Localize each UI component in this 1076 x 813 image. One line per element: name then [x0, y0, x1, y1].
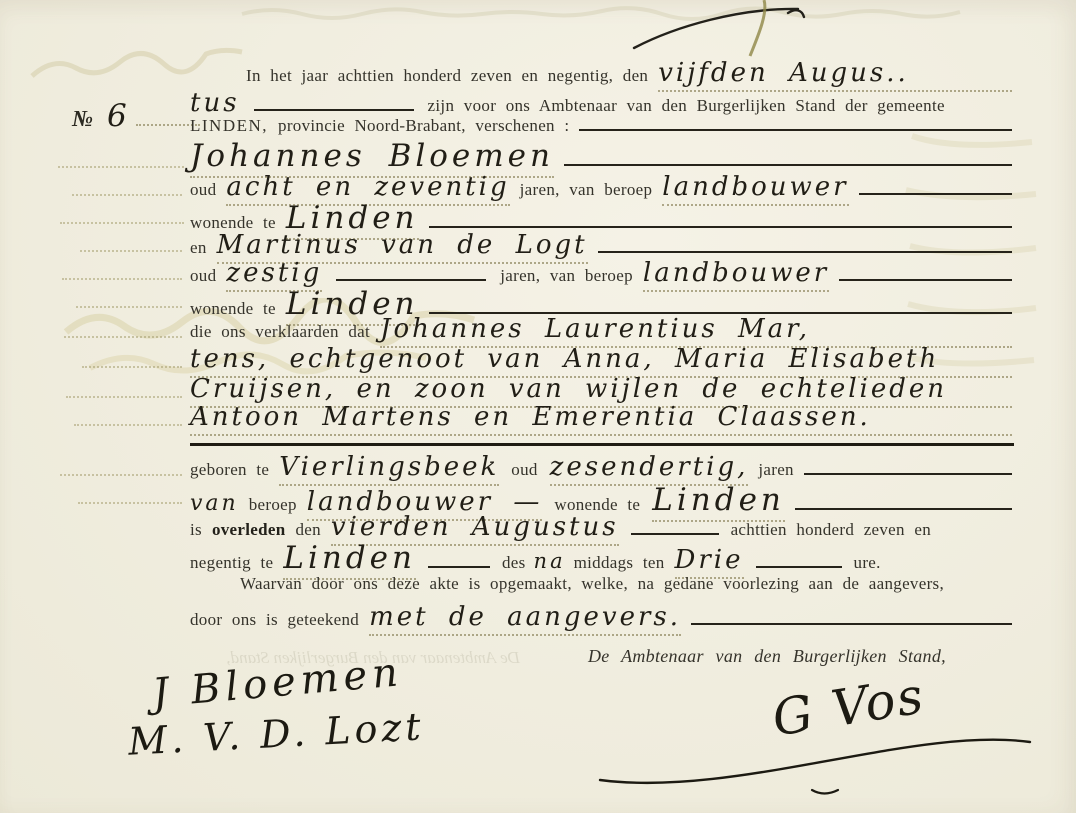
- blank-fill-line: [756, 566, 842, 568]
- death-hour-handwritten: Drie: [675, 545, 744, 575]
- des-label: des: [502, 553, 526, 573]
- oud-label: oud: [511, 460, 537, 480]
- blank-fill-line: [598, 251, 1012, 253]
- municipality-name: LINDEN,: [190, 116, 268, 136]
- margin-ruling-stub: [66, 396, 182, 398]
- line-profession-residence: van beroep landbouwer — wonende te Linde…: [190, 482, 1012, 514]
- line-declarant1-name: Johannes Bloemen: [190, 138, 1012, 170]
- blank-fill-line: [579, 129, 1012, 131]
- line-declaration: die ons verklaarden dat Johannes Laurent…: [190, 314, 1012, 346]
- oud-label: oud: [190, 266, 216, 286]
- date-continuation-handwritten: tus: [190, 88, 240, 118]
- declarant1-age-handwritten: acht en zeventig: [226, 172, 509, 202]
- closing-printed-text-1: Waarvan door ons deze akte is opgemaakt,…: [240, 574, 944, 594]
- margin-ruling-stub: [60, 222, 184, 224]
- blank-fill-line: [564, 164, 1012, 166]
- declarant1-profession-handwritten: landbouwer: [662, 172, 848, 202]
- officer-title: De Ambtenaar van den Burgerlijken Stand,: [588, 646, 946, 667]
- record-number-label: №: [72, 106, 93, 132]
- deceased-name-handwritten-3: Cruijsen, en zoon van wijlen de echtelie…: [190, 374, 947, 404]
- province-printed-text: provincie Noord-Brabant, verschenen :: [278, 116, 569, 136]
- deceased-name-handwritten-2: tens, echtgenoot van Anna, Maria Elisabe…: [190, 344, 939, 374]
- declarant2-profession-handwritten: landbouwer: [643, 258, 829, 288]
- death-report-date-handwritten: vijfden Augus..: [658, 58, 909, 88]
- die-ons-verklaarden-label: die ons verklaarden dat: [190, 322, 370, 342]
- blank-fill-line: [254, 109, 414, 111]
- margin-ruling-stub: [60, 474, 182, 476]
- blank-fill-line: [795, 508, 1012, 510]
- declarant2-age-handwritten: zestig: [226, 258, 322, 288]
- margin-ruling-stub: [82, 366, 182, 368]
- blank-fill-line: [691, 623, 1012, 625]
- margin-ruling-stub: [74, 424, 182, 426]
- daypart-handwritten: na: [534, 549, 566, 573]
- margin-ruling-stub: [80, 250, 182, 252]
- declarant1-name-handwritten: Johannes Bloemen: [190, 138, 554, 174]
- oud-label: oud: [190, 180, 216, 200]
- jaren-van-beroep-label: jaren, van beroep: [520, 180, 653, 200]
- blank-fill-line: [859, 193, 1012, 195]
- record-number-value: 6: [107, 98, 130, 134]
- officer-signature-flourish: [596, 692, 1036, 802]
- deceased-parents-handwritten: Antoon Martens en Emerentia Claassen.: [190, 402, 871, 432]
- line-birthplace-age: geboren te Vierlingsbeek oud zesendertig…: [190, 452, 1012, 484]
- blank-fill-line: [839, 279, 1012, 281]
- jaren-label: jaren: [758, 460, 793, 480]
- bleedthrough-ghost-top-left: [28, 42, 248, 88]
- line-deceased-2: tens, echtgenoot van Anna, Maria Elisabe…: [190, 344, 1012, 376]
- is-label: is: [190, 520, 202, 540]
- signed-with-declarants-handwritten: met de aangevers.: [369, 602, 681, 632]
- closing-printed-text-2: door ons is geteekend: [190, 610, 359, 630]
- blank-fill-line: [631, 533, 719, 535]
- blank-fill-line: [804, 473, 1012, 475]
- margin-ruling-stub: [78, 502, 182, 504]
- previous-record-signature-flourish: [628, 0, 818, 58]
- declarant2-name-handwritten: Martinus van de Logt: [217, 230, 588, 260]
- line-closing-2: door ons is geteekend met de aangevers.: [190, 602, 1012, 634]
- margin-ruling-stub: [76, 306, 182, 308]
- death-date-handwritten: vierden Augustus: [331, 512, 619, 542]
- deceased-name-handwritten-1: Johannes Laurentius Mar,: [380, 314, 810, 344]
- deceased-age-handwritten: zesendertig,: [550, 452, 749, 482]
- margin-ruling-stub: [64, 336, 182, 338]
- year-printed-tail-1: achttien honderd zeven en: [731, 520, 931, 540]
- overleden-label: overleden: [212, 520, 286, 540]
- death-place-handwritten: Linden: [283, 540, 416, 576]
- line-death-place-time: negentig te Linden des na middags ten Dr…: [190, 540, 1012, 572]
- officials-printed-text: zijn voor ons Ambtenaar van den Burgerli…: [428, 96, 945, 116]
- bleedthrough-ghost-top-band: [240, 2, 1000, 22]
- death-certificate-page: № 6 In het jaar achttien honderd zeven e…: [0, 0, 1076, 813]
- margin-ruling-stub: [58, 166, 184, 168]
- blank-fill-line: [429, 226, 1012, 228]
- margin-ruling-stub: [72, 194, 182, 196]
- ure-label: ure.: [854, 553, 881, 573]
- geboren-te-label: geboren te: [190, 460, 269, 480]
- negentig-te-label: negentig te: [190, 553, 273, 573]
- record-number: № 6: [72, 98, 200, 134]
- margin-ruling-stub: [62, 278, 182, 280]
- middags-ten-label: middags ten: [574, 553, 665, 573]
- blank-fill-line: [428, 566, 490, 568]
- birthplace-handwritten: Vierlingsbeek: [279, 452, 499, 482]
- blank-fill-line: [336, 279, 486, 281]
- jaren-van-beroep-label: jaren, van beroep: [500, 266, 633, 286]
- line-declarant1-residence: wonende te Linden: [190, 200, 1012, 232]
- en-label: en: [190, 238, 207, 258]
- den-label: den: [295, 520, 320, 540]
- line-opening: In het jaar achttien honderd zeven en ne…: [246, 58, 1012, 90]
- line-deceased-4: Antoon Martens en Emerentia Claassen.: [190, 402, 1012, 434]
- opening-printed-text: In het jaar achttien honderd zeven en ne…: [246, 66, 648, 86]
- section-divider-rule: [190, 443, 1014, 446]
